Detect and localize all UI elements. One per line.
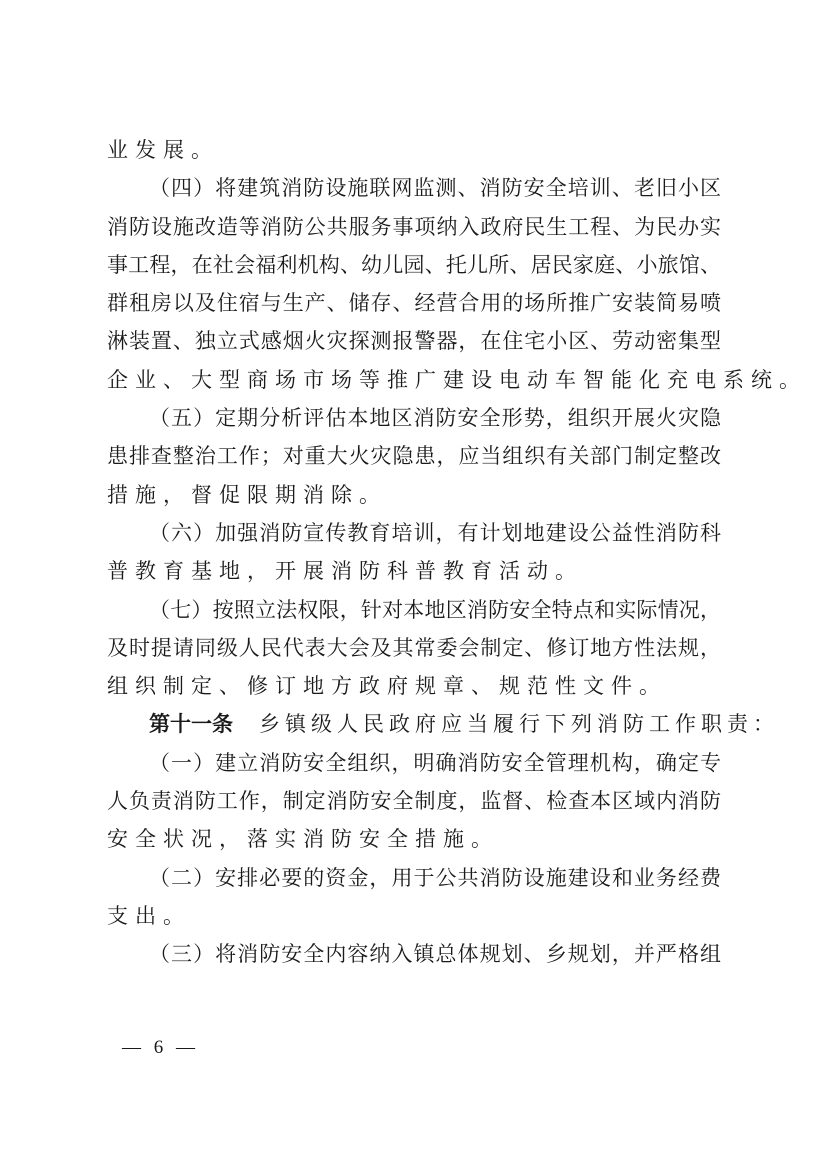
item-1-line: 安全状况，落实消防安全措施。: [107, 820, 721, 858]
item-6-line: 普教育基地，开展消防科普教育活动。: [107, 552, 721, 590]
item-5-line: 措施，督促限期消除。: [107, 476, 721, 514]
item-2-line: 支出。: [107, 897, 721, 935]
paragraph-line: 业发展。: [107, 131, 721, 169]
item-5-line: （五）定期分析评估本地区消防安全形势，组织开展火灾隐: [107, 399, 721, 437]
item-4-line: （四）将建筑消防设施联网监测、消防安全培训、老旧小区: [107, 169, 721, 207]
page-number: — 6 —: [122, 1037, 199, 1059]
article-text: 乡镇级人民政府应当履行下列消防工作职责：: [259, 712, 779, 736]
item-4-line: 淋装置、独立式感烟火灾探测报警器，在住宅小区、劳动密集型: [107, 322, 721, 360]
item-7-line: 及时提请同级人民代表大会及其常委会制定、修订地方性法规，: [107, 629, 721, 667]
document-page: 业发展。 （四）将建筑消防设施联网监测、消防安全培训、老旧小区 消防设施改造等消…: [107, 131, 721, 974]
item-2-line: （二）安排必要的资金，用于公共消防设施建设和业务经费: [107, 859, 721, 897]
item-7-line: （七）按照立法权限，针对本地区消防安全特点和实际情况，: [107, 591, 721, 629]
item-1-line: （一）建立消防安全组织，明确消防安全管理机构，确定专: [107, 744, 721, 782]
item-6-line: （六）加强消防宣传教育培训，有计划地建设公益性消防科: [107, 514, 721, 552]
item-4-line: 企业、大型商场市场等推广建设电动车智能化充电系统。: [107, 361, 721, 399]
article-title: 第十一条: [149, 712, 233, 736]
item-4-line: 事工程，在社会福利机构、幼儿园、托儿所、居民家庭、小旅馆、: [107, 246, 721, 284]
article-heading-line: 第十一条乡镇级人民政府应当履行下列消防工作职责：: [107, 705, 721, 743]
item-3-line: （三）将消防安全内容纳入镇总体规划、乡规划，并严格组: [107, 935, 721, 973]
item-1-line: 人负责消防工作，制定消防安全制度，监督、检查本区域内消防: [107, 782, 721, 820]
item-5-line: 患排查整治工作；对重大火灾隐患，应当组织有关部门制定整改: [107, 437, 721, 475]
item-7-line: 组织制定、修订地方政府规章、规范性文件。: [107, 667, 721, 705]
item-4-line: 群租房以及住宿与生产、储存、经营合用的场所推广安装简易喷: [107, 284, 721, 322]
item-4-line: 消防设施改造等消防公共服务事项纳入政府民生工程、为民办实: [107, 208, 721, 246]
